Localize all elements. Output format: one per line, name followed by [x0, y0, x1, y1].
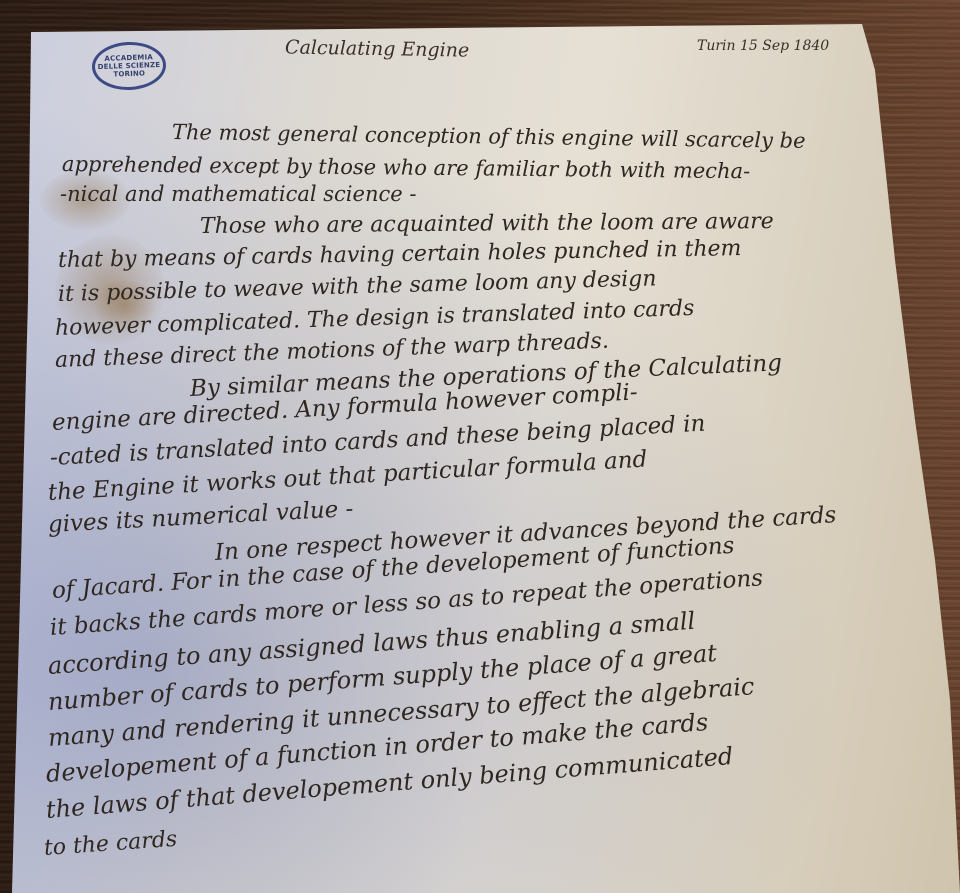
dateline: Turin 15 Sep 1840 [697, 38, 829, 54]
manuscript-line: Those who are acquainted with the loom a… [200, 209, 774, 239]
stamp-line: TORINO [113, 69, 145, 78]
manuscript-title: Calculating Engine [285, 36, 470, 61]
manuscript-line: -nical and mathematical science - [60, 182, 416, 206]
